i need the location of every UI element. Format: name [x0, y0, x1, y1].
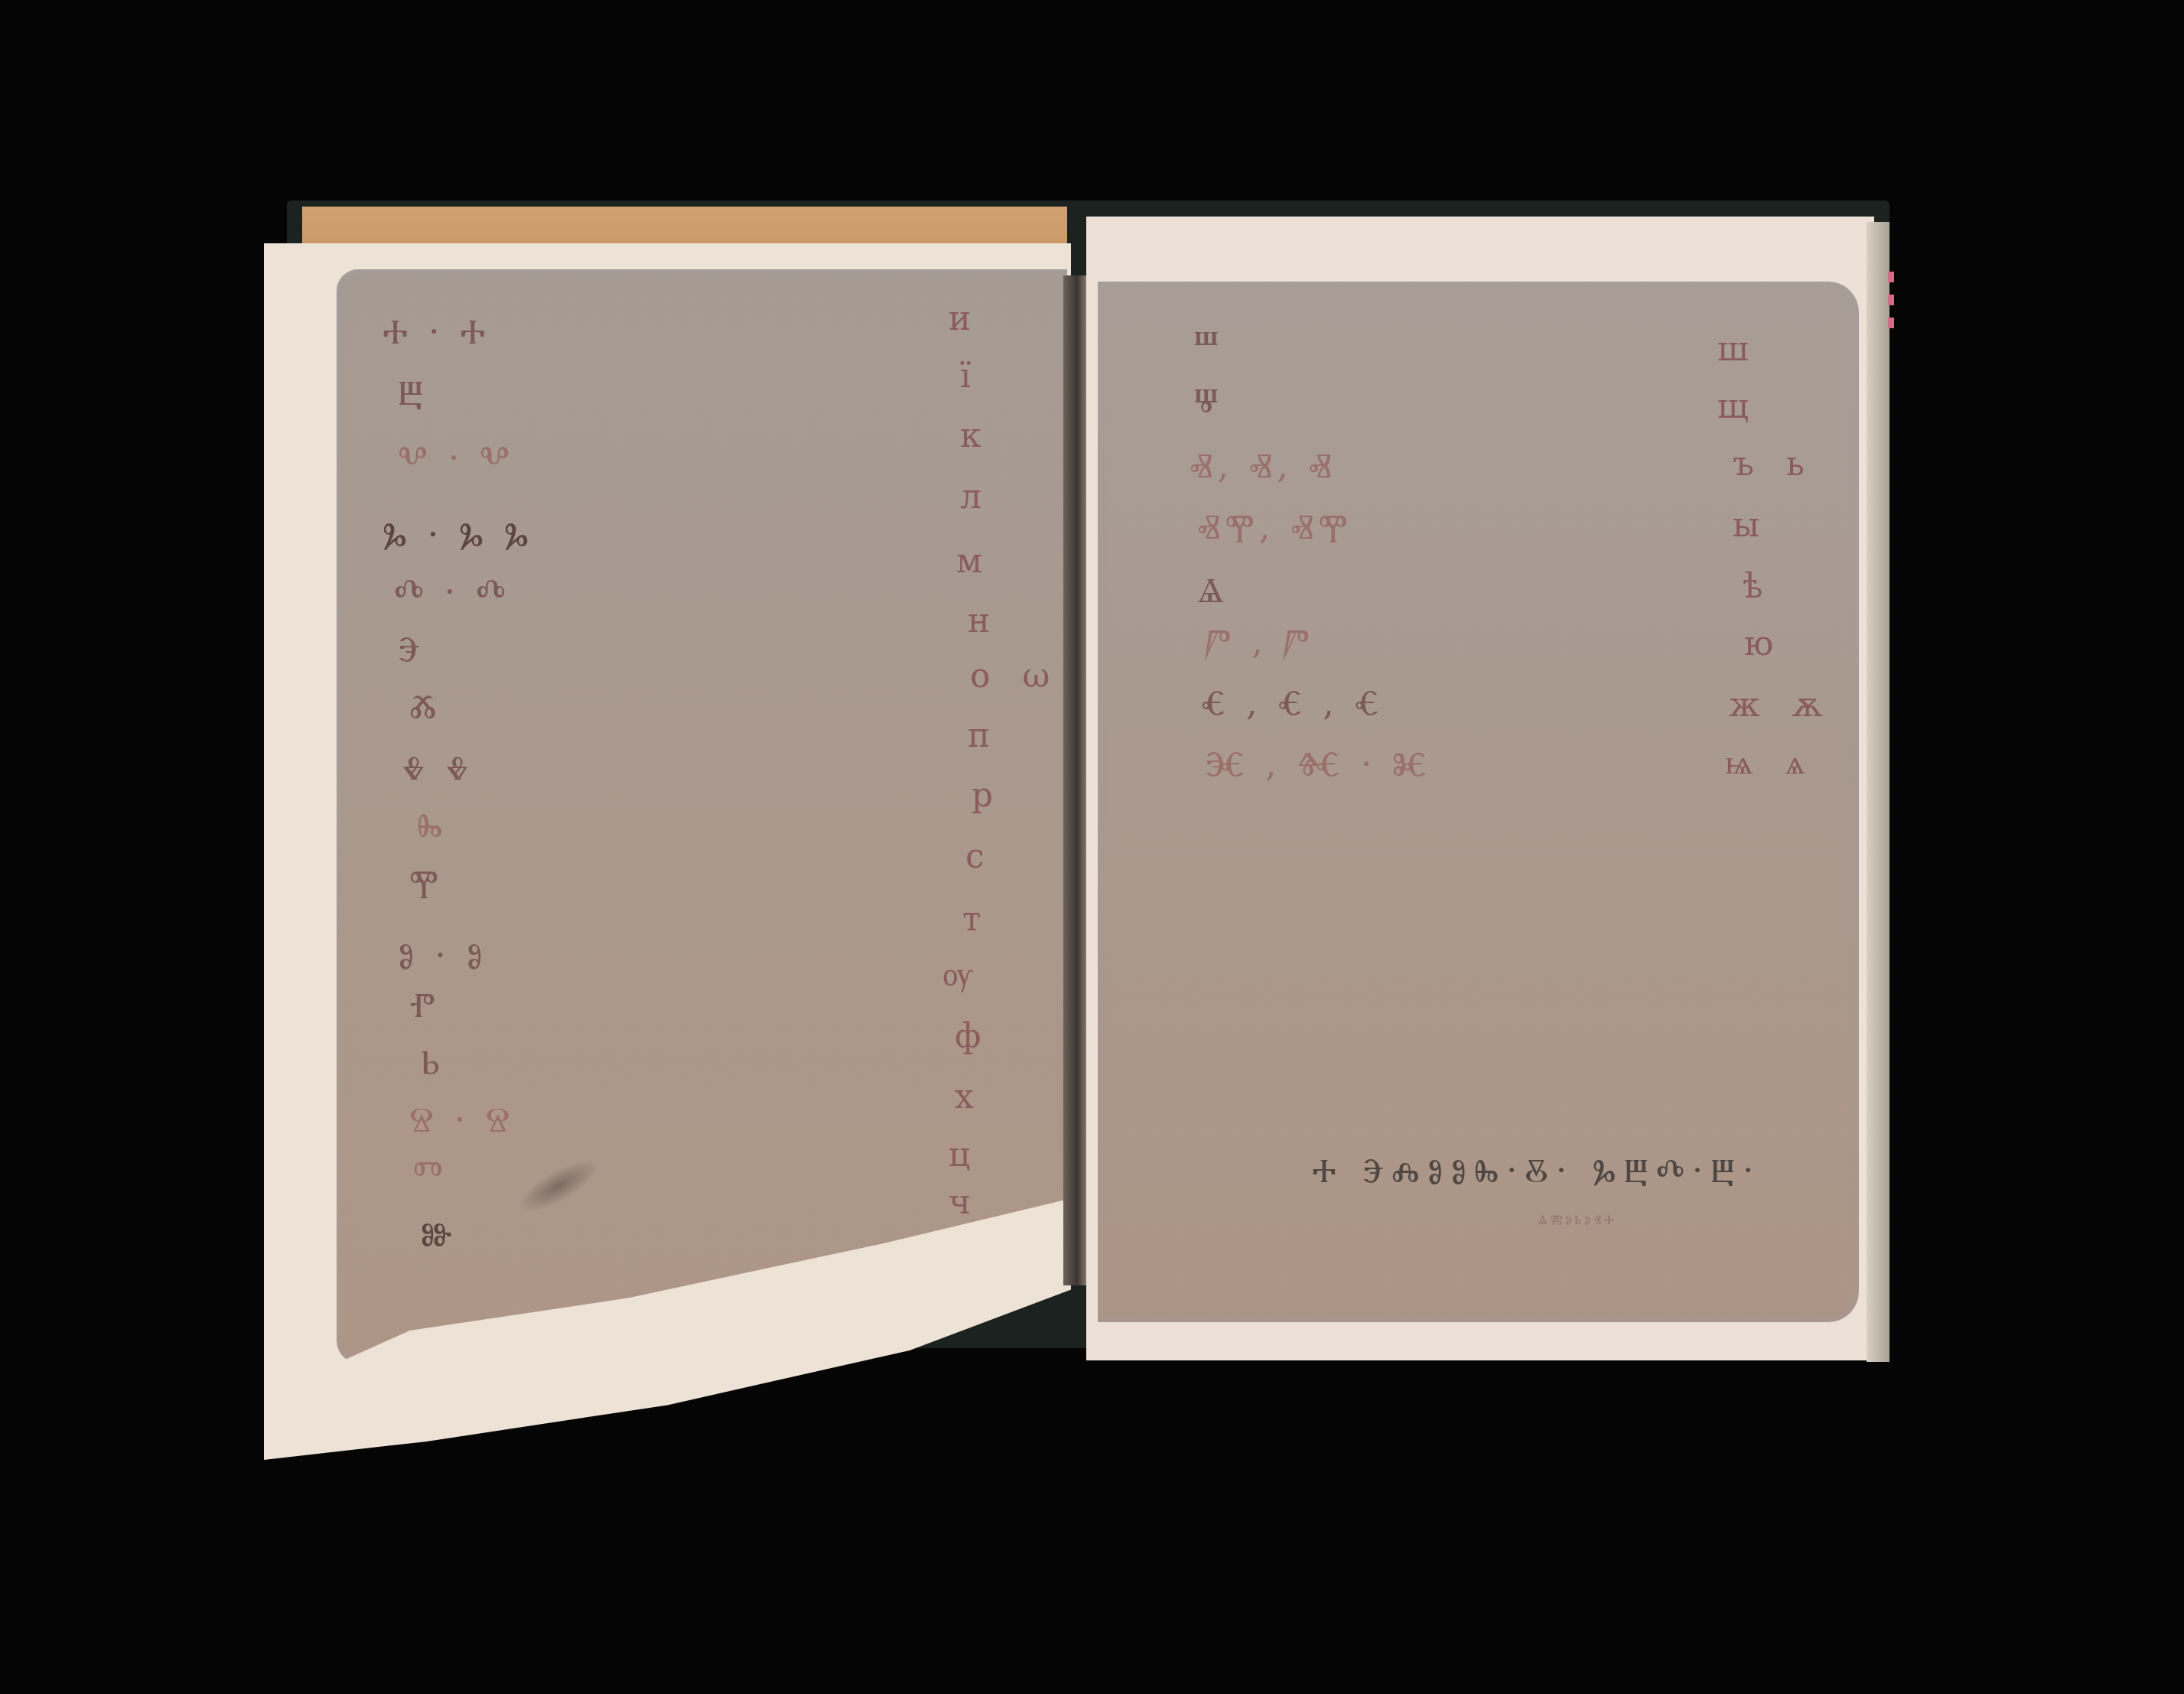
- pink-edge-marks: [1888, 272, 1894, 340]
- glyph-row: Ⰱ: [398, 375, 428, 410]
- glyph-row: Ⱓ , Ⱓ: [1205, 624, 1314, 659]
- cyrillic-letter: щ: [1717, 390, 1759, 424]
- cyrillic-letter: ф: [955, 1020, 991, 1054]
- glyph-row: Ⱆ: [421, 1217, 457, 1252]
- cyrillic-letter: с: [965, 840, 995, 874]
- cyrillic-letter: ц: [949, 1139, 981, 1172]
- cyrillic-letter: т: [962, 903, 991, 937]
- cyrillic-letter: ѩ ѧ: [1725, 746, 1816, 780]
- glyph-row: Ⰵ: [398, 631, 425, 666]
- cyrillic-letter: ш: [1717, 333, 1759, 366]
- glyph-row: Ⱔ , Ⱔ , Ⱔ: [1201, 685, 1384, 720]
- glyph-row: Ⱎ: [1193, 325, 1224, 360]
- glyph-row: Ⱋ: [1193, 383, 1224, 418]
- cyrillic-letter: п: [968, 719, 1001, 753]
- glagolitic-footer-line: Ⰰ ⰅⰎⰑⰑⰈ·Ⰻ· ⰃⰁⰄ·Ⰱ·: [1312, 1152, 1761, 1191]
- glyph-row: Ⱅ: [413, 1155, 447, 1191]
- glyph-row: Ⱑ: [1197, 572, 1229, 608]
- cyrillic-letter: ъ ь: [1733, 448, 1815, 481]
- glyph-row: Ⰹ: [409, 865, 443, 900]
- glyph-row: Ⰳ · Ⰳ Ⰳ: [382, 516, 533, 552]
- cyrillic-letter: к: [960, 419, 992, 453]
- cyrillic-letter: м: [956, 545, 993, 578]
- cyrillic-letter: ї: [960, 360, 981, 393]
- glyph-row: Ⰶ: [409, 689, 441, 724]
- cyrillic-letter: и: [949, 302, 981, 336]
- glyph-row: Ⱄ · Ⱄ: [409, 1102, 515, 1137]
- cyrillic-letter: н: [968, 604, 1001, 638]
- cyrillic-letter: ж ѫ: [1729, 689, 1834, 722]
- glyph-row: Ⰴ · Ⰴ: [394, 574, 510, 609]
- cyrillic-letter: р: [972, 779, 1004, 813]
- cyrillic-letter: ѹ: [942, 958, 983, 992]
- glyph-row: ⰟⰉ, ⰟⰉ: [1197, 509, 1352, 544]
- cyrillic-letter: ы: [1733, 509, 1770, 542]
- photo-scene: Ⰰ · Ⰰ Ⰱ Ⰲ · Ⰲ Ⰳ · Ⰳ Ⰳ Ⰴ · Ⰴ Ⰵ Ⰶ Ⰷ Ⰷ Ⰸ Ⰹ …: [0, 0, 2184, 1694]
- glyph-row: Ⰰ · Ⰰ: [382, 314, 490, 349]
- cyrillic-letter: ч: [949, 1186, 981, 1220]
- cyrillic-letter: ѣ: [1743, 570, 1774, 604]
- glyph-row: Ⰲ · Ⰲ: [398, 440, 514, 475]
- glyph-row: Ⱏ, Ⱏ, Ⱏ: [1190, 448, 1336, 483]
- glyph-row: Ⱗ , Ⱙ · Ⱘ: [1205, 746, 1432, 781]
- cyrillic-letter: о ω: [970, 660, 1060, 693]
- page-fore-edge: [1867, 222, 1889, 1362]
- footer-caption: ⱑⰿⱁⱃⱁⱐⰰ: [1538, 1213, 1616, 1232]
- glyph-row: Ⱃ: [421, 1044, 444, 1080]
- cyrillic-letter: л: [960, 481, 992, 514]
- book-gutter: [1063, 275, 1086, 1285]
- glyph-row: Ⱂ: [409, 987, 440, 1022]
- cyrillic-letter: ю: [1744, 627, 1784, 661]
- glyph-row: Ⰸ: [417, 807, 448, 842]
- glyph-row: Ⱁ · Ⱁ: [398, 937, 487, 972]
- glyph-row: Ⰷ Ⰷ: [402, 750, 474, 785]
- cyrillic-letter: х: [955, 1080, 985, 1114]
